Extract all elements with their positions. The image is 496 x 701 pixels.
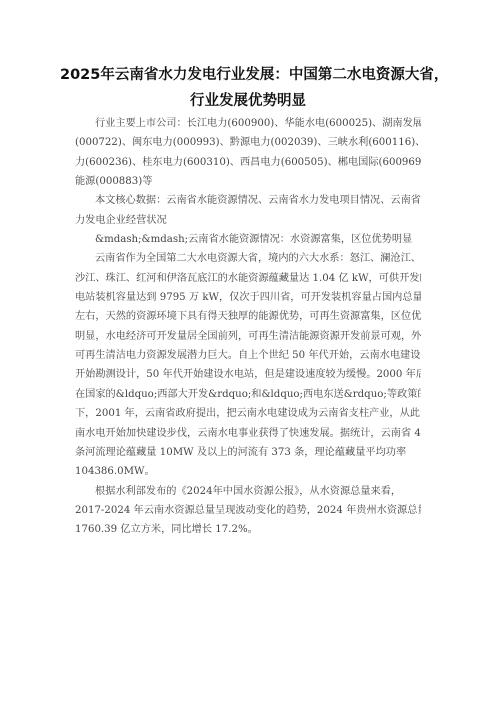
text-line: 力(600236)、桂东电力(600310)、西昌电力(600505)、郴电国际… [75, 153, 421, 172]
text-line: 104386.0MW。 [75, 462, 421, 481]
text-line: 左右，天然的资源环境下具有得天独厚的能源优势，可再生资源富集，区位优势 [75, 307, 421, 326]
text-line: (000722)、闽东电力(000993)、黔源电力(002039)、三峡水利(… [75, 133, 421, 152]
text-line: 沙江、珠江、红河和伊洛瓦底江的水能资源蕴藏量达 1.04 亿 kW，可供开发的水 [75, 269, 421, 288]
text-line: 力发电企业经营状况 [75, 211, 421, 230]
text-line: 能源(000883)等 [75, 172, 421, 191]
paragraph-resources-overview: 云南省作为全国第二大水电资源大省，境内的六大水系：怒江、澜沧江、金 沙江、珠江、… [75, 249, 421, 481]
text-line: 1760.39 亿立方米，同比增长 17.2%。 [75, 520, 421, 539]
paragraph-listed-companies: 行业主要上市公司：长江电力(600900)、华能水电(600025)、湖南发展 … [75, 114, 421, 191]
text-line: 在国家的&ldquo;西部大开发&rdquo;和&ldquo;西电东送&rdqu… [75, 385, 421, 404]
text-line: 2017-2024 年云南水资源总量呈现波动变化的趋势，2024 年贵州水资源总… [75, 501, 421, 520]
title-line-1: 2025年云南省水力发电行业发展：中国第二水电资源大省， [60, 62, 436, 88]
text-line: 南水电开始加快建设步伐，云南水电事业获得了快速发展。据统计，云南省 442 [75, 424, 421, 443]
section-heading: &mdash;&mdash;云南省水能资源情况：水资源富集，区位优势明显 [75, 230, 421, 249]
title-line-2: 行业发展优势明显 [60, 88, 436, 114]
text-line: 行业主要上市公司：长江电力(600900)、华能水电(600025)、湖南发展 [75, 114, 421, 133]
page-title: 2025年云南省水力发电行业发展：中国第二水电资源大省， 行业发展优势明显 [60, 62, 436, 114]
text-line: 明显，水电经济可开发量居全国前列，可再生清洁能源资源开发前景可观，外送 [75, 327, 421, 346]
paragraph-core-data: 本文核心数据：云南省水能资源情况、云南省水力发电项目情况、云南省水 力发电企业经… [75, 191, 421, 230]
paragraph-water-resources-bulletin: 根据水利部发布的《2024年中国水资源公报》，从水资源总量来看， 2017-20… [75, 482, 421, 540]
text-line: 电站装机容量达到 9795 万 kW，仅次于四川省，可开发装机容量占国内总量的 … [75, 288, 421, 307]
document-page: 2025年云南省水力发电行业发展：中国第二水电资源大省， 行业发展优势明显 行业… [0, 0, 496, 701]
article-body: 行业主要上市公司：长江电力(600900)、华能水电(600025)、湖南发展 … [75, 114, 421, 540]
text-line: 下，2001 年，云南省政府提出，把云南水电建设成为云南省支柱产业，从此云 [75, 404, 421, 423]
text-line: 条河流理论蕴藏量 10MW 及以上的河流有 373 条，理论蕴藏量平均功率 [75, 443, 421, 462]
text-line: 本文核心数据：云南省水能资源情况、云南省水力发电项目情况、云南省水 [75, 191, 421, 210]
text-line: &mdash;&mdash;云南省水能资源情况：水资源富集，区位优势明显 [75, 230, 421, 249]
text-line: 开始勘测设计，50 年代开始建设水电站，但是建设速度较为缓慢。2000 年后， [75, 365, 421, 384]
text-line: 云南省作为全国第二大水电资源大省，境内的六大水系：怒江、澜沧江、金 [75, 249, 421, 268]
text-line: 可再生清洁电力资源发展潜力巨大。自上个世纪 50 年代开始，云南水电建设者 [75, 346, 421, 365]
text-line: 根据水利部发布的《2024年中国水资源公报》，从水资源总量来看， [75, 482, 421, 501]
